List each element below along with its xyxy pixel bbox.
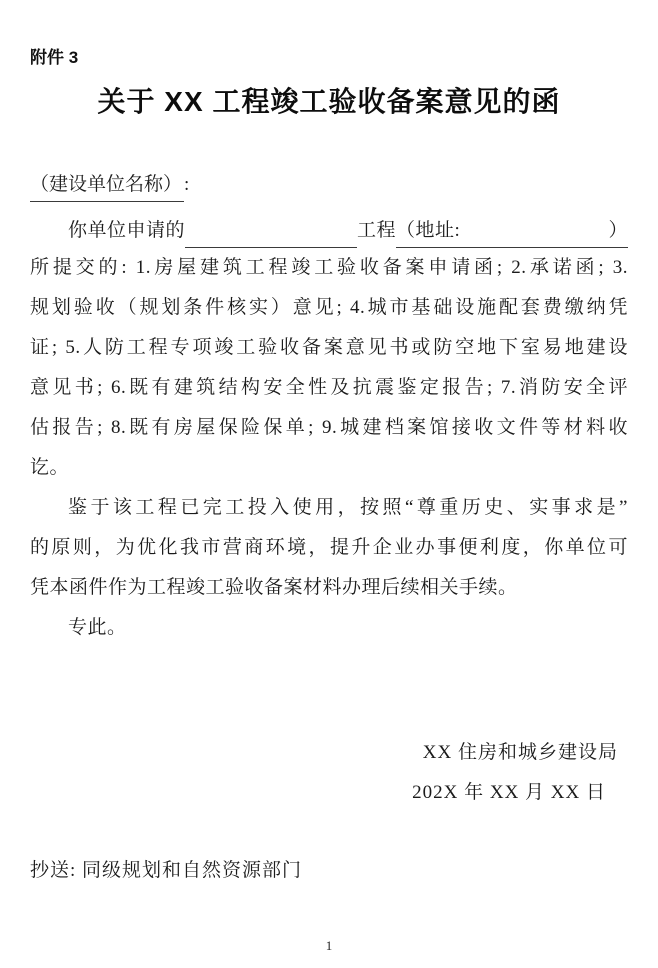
materials-line: 意见书; 6.既有建筑结构安全性及抗震鉴定报告; 7.消防安全评 <box>30 368 628 408</box>
cc-line: 抄送: 同级规划和自然资源部门 <box>30 851 628 891</box>
salutation-colon: : <box>184 174 189 195</box>
page-number: 1 <box>0 938 658 954</box>
signature-organization: XX 住房和城乡建设局 <box>30 733 628 773</box>
request-prefix-text: 你单位申请的 <box>68 214 185 248</box>
materials-line: 估报告; 8.既有房屋保险保单; 9.城建档案馆接收文件等材料收 <box>30 408 628 448</box>
signature-date: 202X 年 XX 月 XX 日 <box>30 773 628 813</box>
materials-line: 规划验收（规划条件核实）意见; 4.城市基础设施配套费缴纳凭 <box>30 288 628 328</box>
materials-line-end: 讫。 <box>30 448 628 488</box>
recipient-name-blank: （建设单位名称） <box>30 168 184 202</box>
materials-line: 证; 5.人防工程专项竣工验收备案意见书或防空地下室易地建设 <box>30 328 628 368</box>
document-body: （建设单位名称）: 你单位申请的 工程 （地址: ） 所提交的: 1.房屋建筑工… <box>30 168 628 648</box>
project-request-line: 你单位申请的 工程 （地址: ） <box>30 208 628 248</box>
address-label-text: （地址: <box>396 214 460 248</box>
closing-phrase: 专此。 <box>30 608 628 648</box>
salutation-line: （建设单位名称）: <box>30 168 628 208</box>
attachment-label: 附件 3 <box>30 46 628 70</box>
document-title: 关于 XX 工程竣工验收备案意见的函 <box>30 84 628 120</box>
project-word-text: 工程 <box>357 214 396 248</box>
rationale-line-end: 凭本函件作为工程竣工验收备案材料办理后续相关手续。 <box>30 568 628 608</box>
project-name-blank <box>185 214 357 248</box>
signature-block: XX 住房和城乡建设局 202X 年 XX 月 XX 日 <box>30 733 628 813</box>
address-close-paren: ） <box>608 214 628 248</box>
document-page: 附件 3 关于 XX 工程竣工验收备案意见的函 （建设单位名称）: 你单位申请的… <box>0 0 658 968</box>
materials-line: 所提交的: 1.房屋建筑工程竣工验收备案申请函; 2.承诺函; 3. <box>30 248 628 288</box>
rationale-line: 的原则，为优化我市营商环境，提升企业办事便利度，你单位可 <box>30 528 628 568</box>
rationale-line: 鉴于该工程已完工投入使用，按照“尊重历史、实事求是” <box>30 488 628 528</box>
address-blank <box>460 214 608 248</box>
